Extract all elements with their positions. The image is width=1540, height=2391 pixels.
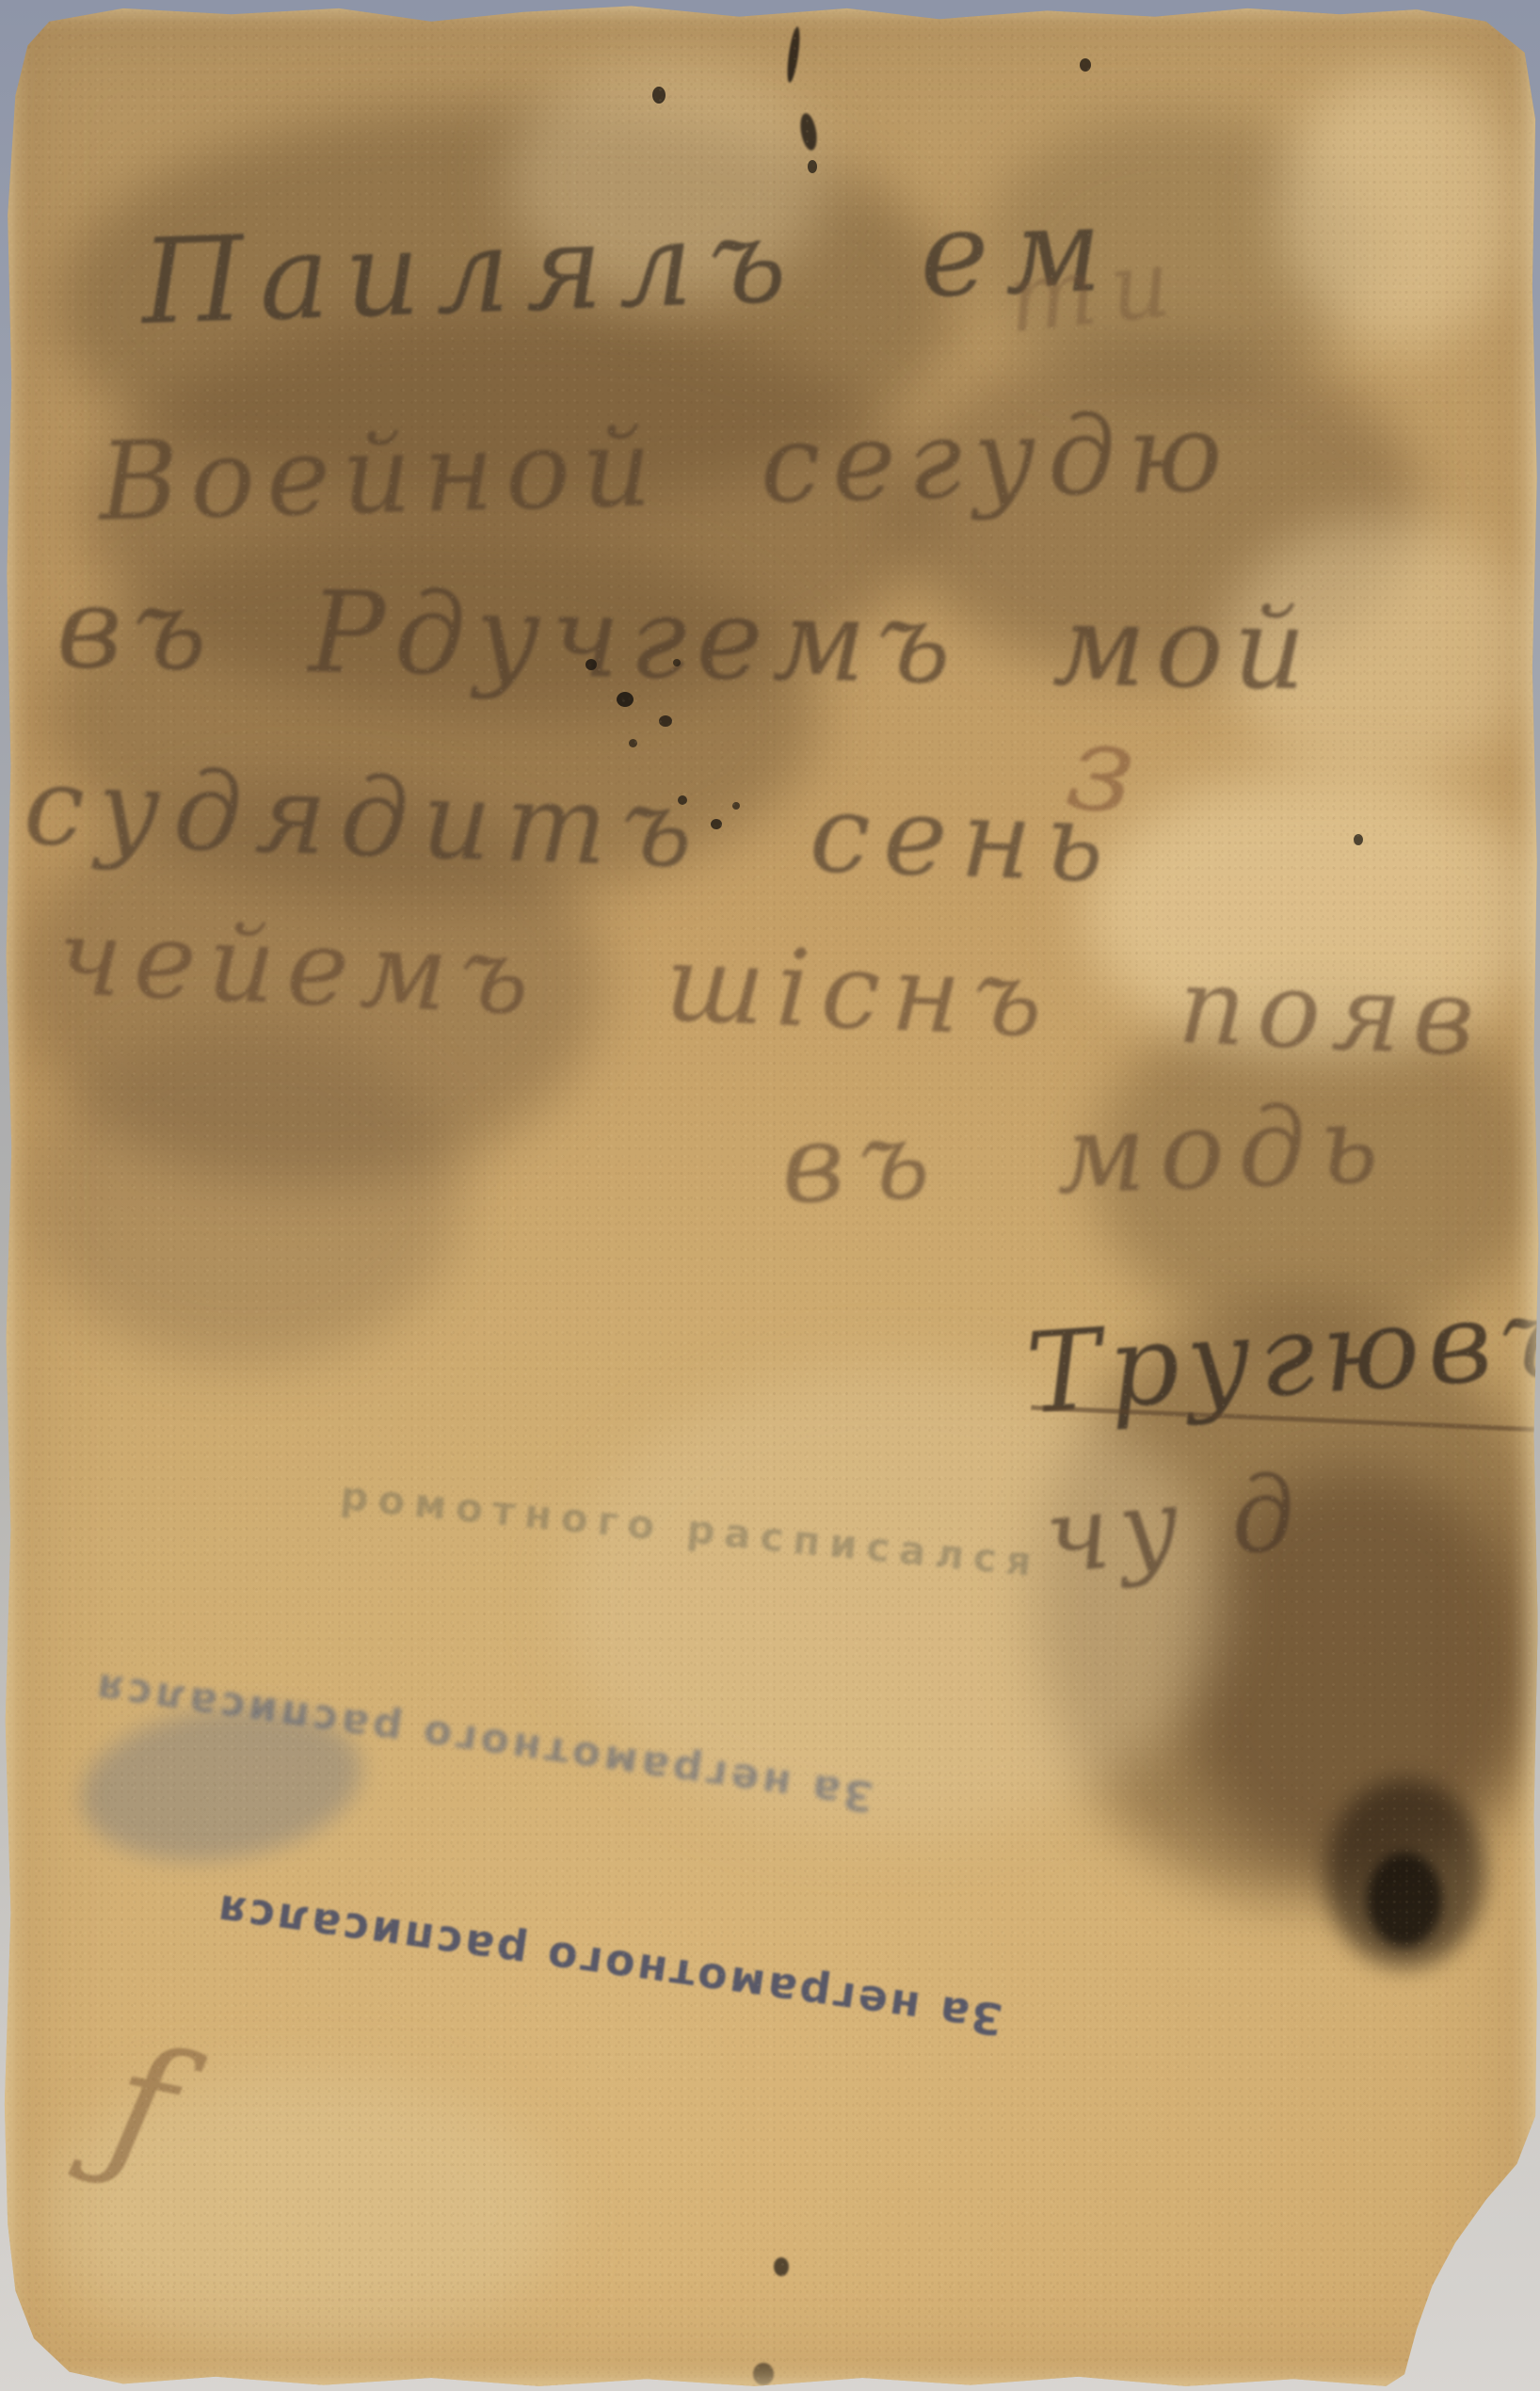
paper-sheet: Паилялъ ем Воейной сегудю въ Рдучгемъ мо… [0,0,1540,2391]
torn-edge-highlight [0,0,1540,2391]
photo-backdrop: Паилялъ ем Воейной сегудю въ Рдучгемъ мо… [0,0,1540,2391]
